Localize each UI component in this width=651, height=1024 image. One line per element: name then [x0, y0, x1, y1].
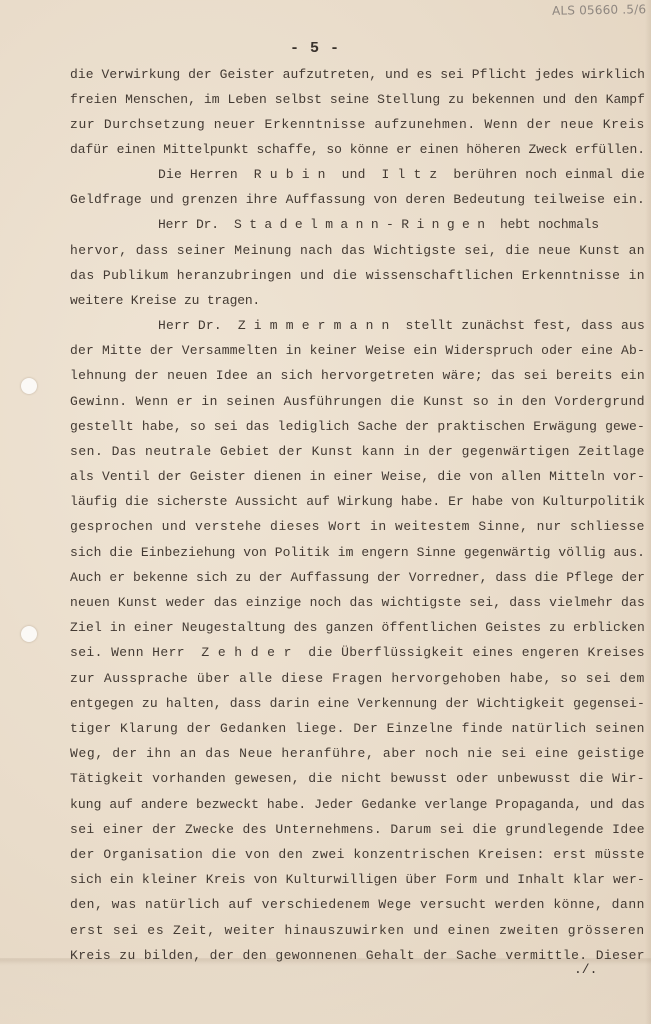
text-line: neuen Kunst weder das einzige noch das w…	[70, 595, 645, 611]
text-line: Auch er bekenne sich zu der Auffassung d…	[70, 570, 645, 586]
text-line: freien Menschen, im Leben selbst seine S…	[70, 92, 645, 108]
text-line: tiger Klarung der Gedanken liege. Der Ei…	[70, 721, 645, 737]
text-line: Kreis zu bilden, der den gewonnenen Geha…	[70, 948, 645, 964]
text-line: zur Aussprache über alle diese Fragen he…	[70, 671, 645, 687]
paper-edge	[645, 0, 651, 1024]
text-line: sei. Wenn Herr Z e h d e r die Überflüss…	[70, 645, 645, 661]
text-line: der Organisation die von den zwei konzen…	[70, 847, 645, 863]
text-line: sei einer der Zwecke des Unternehmens. D…	[70, 822, 645, 838]
text-line: das Publikum heranzubringen und die wiss…	[70, 268, 645, 284]
text-line: Herr Dr. Z i m m e r m a n n stellt zunä…	[158, 318, 645, 334]
text-line: Die Herren R u b i n und I l t z berühre…	[158, 167, 645, 183]
text-line: zur Durchsetzung neuer Erkenntnisse aufz…	[70, 117, 645, 133]
text-line: den, was natürlich auf verschiedenem Weg…	[70, 897, 645, 913]
text-line: gesprochen und verstehe dieses Wort in w…	[70, 519, 645, 535]
text-line: Weg, der ihn an das Neue heranführe, abe…	[70, 746, 645, 762]
text-line: als Ventil der Geister dienen in einer W…	[70, 469, 645, 485]
archive-id: ALS 05660 .5/6	[552, 2, 646, 18]
text-line: dafür einen Mittelpunkt schaffe, so könn…	[70, 142, 645, 158]
text-line: sen. Das neutrale Gebiet der Kunst kann …	[70, 444, 645, 460]
text-line: kung auf andere bezweckt habe. Jeder Ged…	[70, 797, 645, 813]
text-line: sich die Einbeziehung von Politik im eng…	[70, 545, 645, 561]
text-line: Ziel in einer Neugestaltung des ganzen ö…	[70, 620, 645, 636]
punch-hole-icon	[21, 626, 37, 642]
document-page: ALS 05660 .5/6 - 5 - die Verwirkung der …	[0, 0, 651, 1024]
text-line: sich ein kleiner Kreis von Kulturwillige…	[70, 872, 645, 888]
punch-hole-icon	[21, 378, 37, 394]
text-line: Geldfrage und grenzen ihre Auffassung vo…	[70, 192, 645, 208]
text-line: erst sei es Zeit, weiter hinauszuwirken …	[70, 923, 645, 939]
text-line: entgegen zu halten, dass darin eine Verk…	[70, 696, 645, 712]
text-line: Herr Dr. S t a d e l m a n n - R i n g e…	[158, 217, 599, 233]
paper-fold	[0, 958, 651, 1024]
text-line: weitere Kreise zu tragen.	[70, 293, 260, 309]
text-line: lehnung der neuen Idee an sich hervorget…	[70, 368, 645, 384]
text-line: läufig die sicherste Aussicht auf Wirkun…	[70, 494, 645, 510]
text-line: hervor, dass seiner Meinung nach das Wic…	[70, 243, 645, 259]
text-line: Gewinn. Wenn er in seinen Ausführungen d…	[70, 394, 645, 410]
continuation-mark: ./.	[574, 962, 597, 977]
text-line: gestellt habe, so sei das lediglich Sach…	[70, 419, 645, 435]
text-line: Tätigkeit vorhanden gewesen, die nicht b…	[70, 771, 645, 787]
text-line: der Mitte der Versammelten in keiner Wei…	[70, 343, 645, 359]
text-line: die Verwirkung der Geister aufzutreten, …	[70, 67, 645, 83]
page-number: - 5 -	[290, 40, 340, 57]
